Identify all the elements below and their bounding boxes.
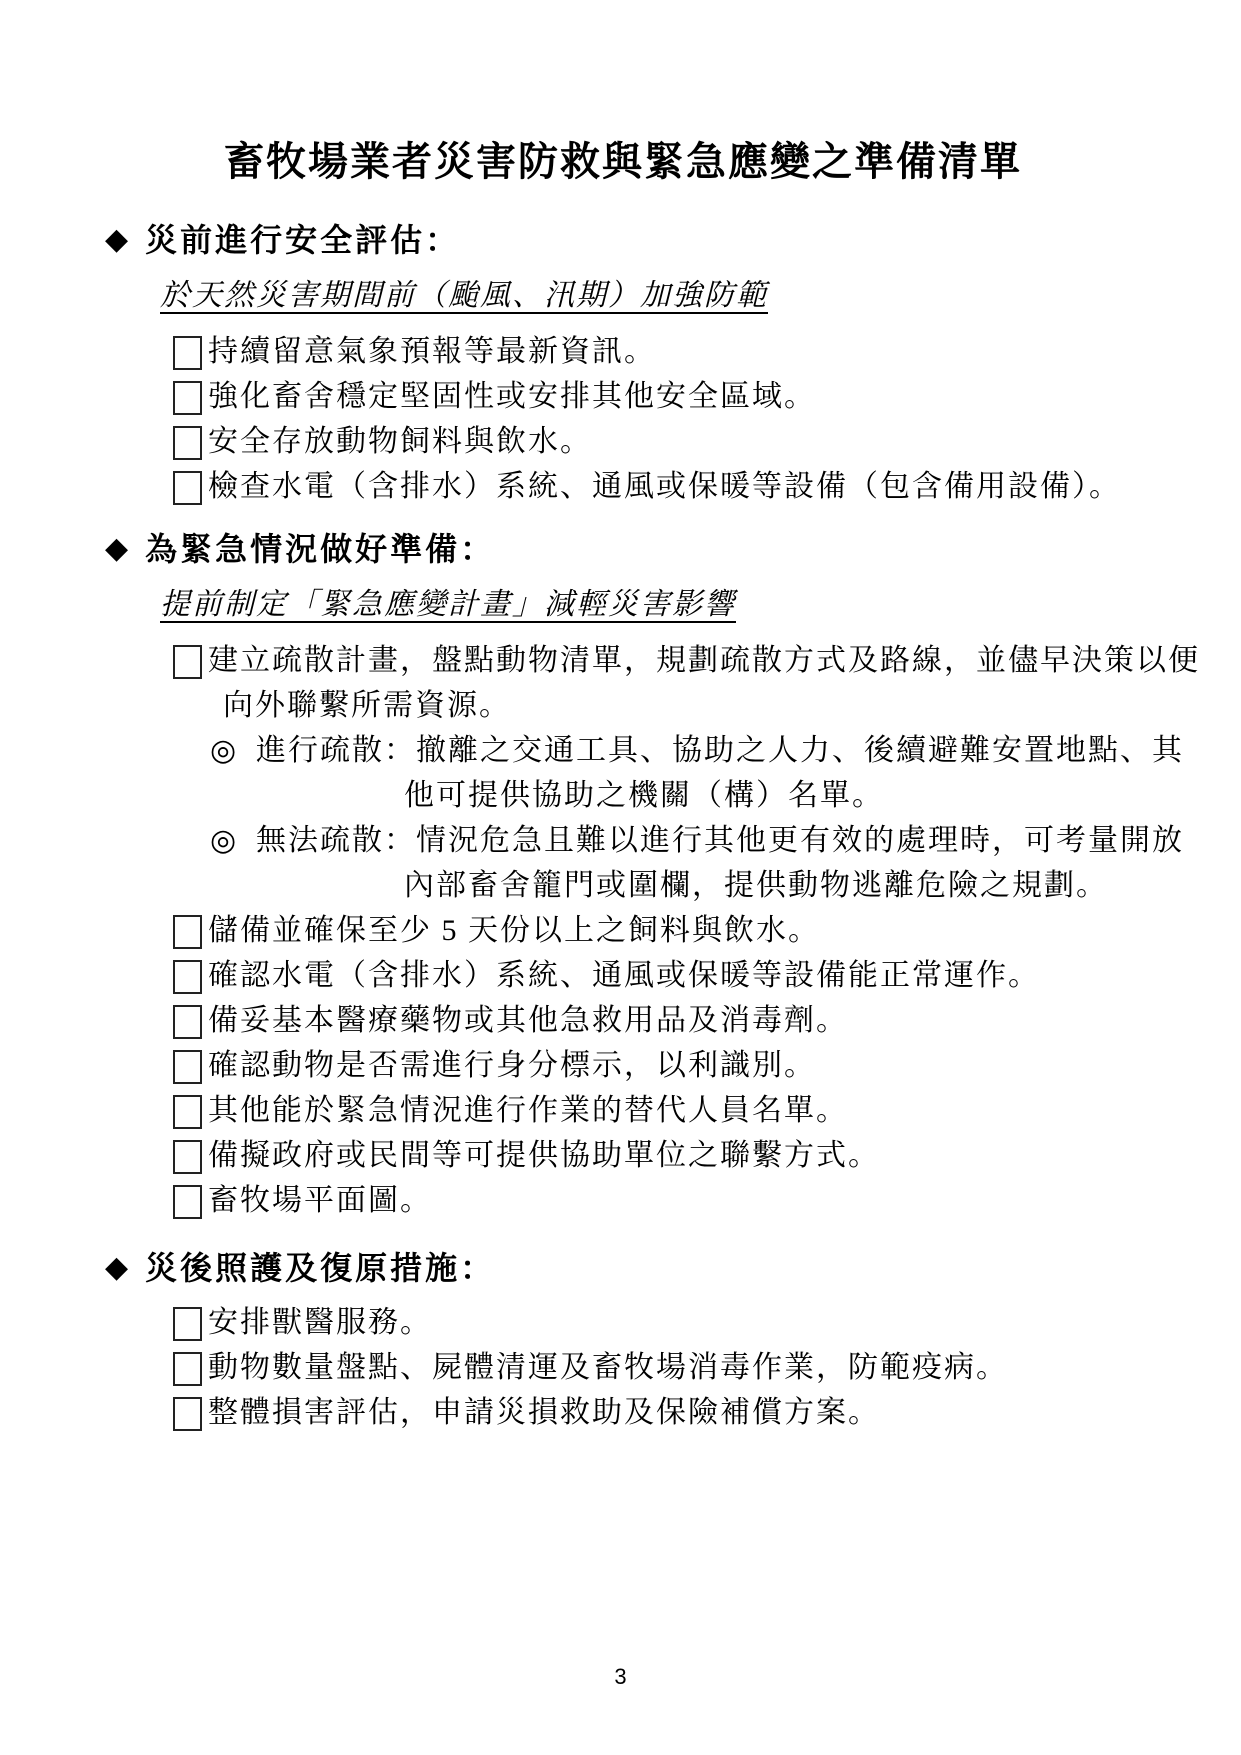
document-title: 畜牧場業者災害防救與緊急應變之準備清單	[105, 133, 1141, 191]
checklist-item-text: 畜牧場平面圖。	[208, 1178, 432, 1223]
checkbox[interactable]	[173, 1397, 202, 1431]
section-heading-pre-disaster: ◆ 災前進行安全評估：	[105, 217, 1141, 263]
checklist-item: 確認水電（含排水）系統、通風或保暖等設備能正常運作。	[173, 953, 1141, 998]
diamond-bullet-icon: ◆	[105, 526, 128, 572]
checklist-section-3: 安排獸醫服務。 動物數量盤點、屍體清運及畜牧場消毒作業，防範疫病。 整體損害評估…	[105, 1300, 1141, 1435]
checklist-item: 整體損害評估，申請災損救助及保險補償方案。	[173, 1390, 1141, 1435]
checklist-item: 畜牧場平面圖。	[173, 1178, 1141, 1223]
checkbox[interactable]	[173, 1005, 202, 1039]
checklist-item-line: 向外聯繫所需資源。	[223, 683, 1200, 728]
checklist-item-text: 安全存放動物飼料與飲水。	[208, 419, 592, 464]
checklist-section-1: 持續留意氣象預報等最新資訊。 強化畜舍穩定堅固性或安排其他安全區域。 安全存放動…	[105, 329, 1141, 509]
checklist-item: 強化畜舍穩定堅固性或安排其他安全區域。	[173, 374, 1141, 419]
checkbox[interactable]	[173, 645, 202, 679]
checkbox[interactable]	[173, 426, 202, 460]
checklist-item: 安排獸醫服務。	[173, 1300, 1141, 1345]
sub-bullet-line: 無法疏散：情況危急且難以進行其他更有效的處理時，可考量開放	[256, 818, 1184, 863]
checklist-item-evacuation-plan: 建立疏散計畫，盤點動物清單，規劃疏散方式及路線，並儘早決策以便 向外聯繫所需資源…	[173, 638, 1141, 728]
checklist-item-text: 安排獸醫服務。	[208, 1300, 432, 1345]
diamond-bullet-icon: ◆	[105, 1245, 128, 1291]
section-heading-text: 災後照護及復原措施：	[145, 1245, 495, 1291]
section-heading-post-disaster: ◆ 災後照護及復原措施：	[105, 1245, 1141, 1291]
checkbox[interactable]	[173, 1185, 202, 1219]
page-number: 3	[0, 1662, 1241, 1692]
checklist-item: 備擬政府或民間等可提供協助單位之聯繫方式。	[173, 1133, 1141, 1178]
checklist-item-text: 建立疏散計畫，盤點動物清單，規劃疏散方式及路線，並儘早決策以便 向外聯繫所需資源…	[208, 638, 1200, 728]
checklist-item: 其他能於緊急情況進行作業的替代人員名單。	[173, 1088, 1141, 1133]
sub-bullet-cannot-evacuate: ◎ 無法疏散：情況危急且難以進行其他更有效的處理時，可考量開放 內部畜舍籠門或圍…	[210, 818, 1141, 908]
sub-bullet-evacuate: ◎ 進行疏散：撤離之交通工具、協助之人力、後續避難安置地點、其 他可提供協助之機…	[210, 728, 1141, 818]
checklist-item-text: 強化畜舍穩定堅固性或安排其他安全區域。	[208, 374, 816, 419]
checklist-item-text: 備妥基本醫療藥物或其他急救用品及消毒劑。	[208, 998, 848, 1043]
checklist-item: 安全存放動物飼料與飲水。	[173, 419, 1141, 464]
checklist-item: 持續留意氣象預報等最新資訊。	[173, 329, 1141, 374]
checkbox[interactable]	[173, 381, 202, 415]
sub-bullet-line: 內部畜舍籠門或圍欄，提供動物逃離危險之規劃。	[256, 863, 1184, 908]
sub-bullet-line: 他可提供協助之機關（構）名單。	[256, 773, 1184, 818]
checkbox[interactable]	[173, 1140, 202, 1174]
checkbox[interactable]	[173, 1050, 202, 1084]
checklist-item: 儲備並確保至少 5 天份以上之飼料與飲水。	[173, 908, 1141, 953]
diamond-bullet-icon: ◆	[105, 217, 128, 263]
checkbox[interactable]	[173, 960, 202, 994]
checklist-item: 確認動物是否需進行身分標示，以利識別。	[173, 1043, 1141, 1088]
checkbox[interactable]	[173, 915, 202, 949]
checklist-item-line: 建立疏散計畫，盤點動物清單，規劃疏散方式及路線，並儘早決策以便	[208, 638, 1200, 683]
checklist-item-text: 備擬政府或民間等可提供協助單位之聯繫方式。	[208, 1133, 880, 1178]
checklist-item-text: 檢查水電（含排水）系統、通風或保暖等設備（包含備用設備）。	[208, 464, 1121, 509]
checklist-item-text: 持續留意氣象預報等最新資訊。	[208, 329, 656, 374]
checklist-item-text: 整體損害評估，申請災損救助及保險補償方案。	[208, 1390, 880, 1435]
checklist-item-text: 其他能於緊急情況進行作業的替代人員名單。	[208, 1088, 848, 1133]
section-subtitle: 提前制定「緊急應變計畫」減輕災害影響	[160, 583, 1141, 627]
document-page: 畜牧場業者災害防救與緊急應變之準備清單 ◆ 災前進行安全評估： 於天然災害期間前…	[0, 0, 1241, 1755]
sub-bullet-line: 進行疏散：撤離之交通工具、協助之人力、後續避難安置地點、其	[256, 728, 1184, 773]
checklist-item-text: 動物數量盤點、屍體清運及畜牧場消毒作業，防範疫病。	[208, 1345, 1008, 1390]
checklist-item-text: 確認動物是否需進行身分標示，以利識別。	[208, 1043, 816, 1088]
checkbox[interactable]	[173, 471, 202, 505]
section-heading-text: 災前進行安全評估：	[145, 217, 460, 263]
checkbox[interactable]	[173, 1352, 202, 1386]
sub-bullet-text: 進行疏散：撤離之交通工具、協助之人力、後續避難安置地點、其 他可提供協助之機關（…	[256, 728, 1184, 818]
double-circle-bullet-icon: ◎	[210, 728, 240, 773]
checklist-item: 備妥基本醫療藥物或其他急救用品及消毒劑。	[173, 998, 1141, 1043]
section-heading-text: 為緊急情況做好準備：	[145, 526, 495, 572]
sub-bullet-text: 無法疏散：情況危急且難以進行其他更有效的處理時，可考量開放 內部畜舍籠門或圍欄，…	[256, 818, 1184, 908]
checkbox[interactable]	[173, 336, 202, 370]
checkbox[interactable]	[173, 1307, 202, 1341]
checkbox[interactable]	[173, 1095, 202, 1129]
checklist-item-text: 儲備並確保至少 5 天份以上之飼料與飲水。	[208, 908, 820, 953]
section-heading-emergency-preparation: ◆ 為緊急情況做好準備：	[105, 526, 1141, 572]
checklist-item: 檢查水電（含排水）系統、通風或保暖等設備（包含備用設備）。	[173, 464, 1141, 509]
checklist-item-text: 確認水電（含排水）系統、通風或保暖等設備能正常運作。	[208, 953, 1040, 998]
checklist-item: 動物數量盤點、屍體清運及畜牧場消毒作業，防範疫病。	[173, 1345, 1141, 1390]
section-subtitle: 於天然災害期間前（颱風、汛期）加強防範	[160, 274, 1141, 318]
checklist-section-2: 建立疏散計畫，盤點動物清單，規劃疏散方式及路線，並儘早決策以便 向外聯繫所需資源…	[105, 638, 1141, 1223]
double-circle-bullet-icon: ◎	[210, 818, 240, 863]
